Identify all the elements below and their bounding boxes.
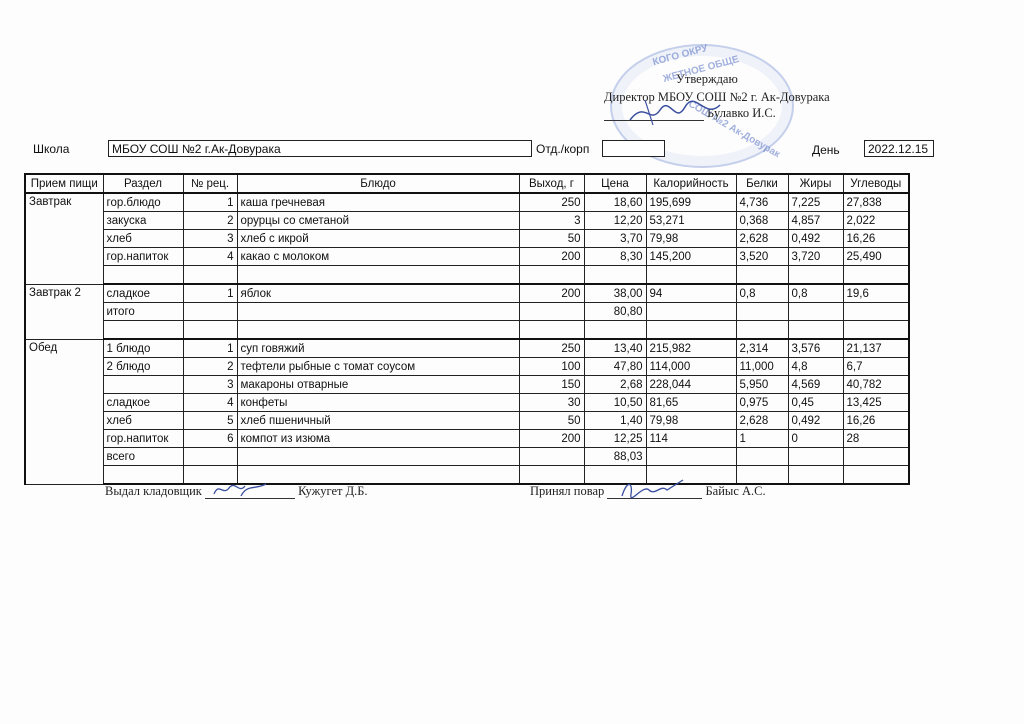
fat-cell bbox=[788, 448, 843, 466]
carbs-cell: 2,022 bbox=[843, 212, 909, 230]
price-cell: 18,60 bbox=[584, 193, 646, 212]
fat-cell: 4,857 bbox=[788, 212, 843, 230]
meal-cell: Завтрак 2 bbox=[25, 284, 103, 339]
storekeeper-signature-icon bbox=[211, 480, 271, 500]
carbs-cell bbox=[843, 303, 909, 321]
fat-cell bbox=[788, 303, 843, 321]
yield-cell bbox=[519, 321, 584, 340]
calories-cell: 53,271 bbox=[646, 212, 736, 230]
recipe-no-cell: 4 bbox=[183, 394, 237, 412]
section-cell: всего bbox=[103, 448, 183, 466]
issued-by: Выдал кладовщик Кужугет Д.Б. bbox=[105, 484, 368, 499]
price-cell: 12,20 bbox=[584, 212, 646, 230]
section-cell bbox=[103, 266, 183, 285]
calories-cell bbox=[646, 321, 736, 340]
price-cell: 1,40 bbox=[584, 412, 646, 430]
protein-cell: 2,314 bbox=[736, 339, 788, 358]
fat-cell: 7,225 bbox=[788, 193, 843, 212]
price-cell: 13,40 bbox=[584, 339, 646, 358]
recipe-no-cell: 5 bbox=[183, 412, 237, 430]
carbs-cell: 21,137 bbox=[843, 339, 909, 358]
yield-cell: 250 bbox=[519, 193, 584, 212]
recipe-no-cell bbox=[183, 321, 237, 340]
meal-cell: Завтрак bbox=[25, 193, 103, 284]
dish-cell: тефтели рыбные с томат соусом bbox=[237, 358, 519, 376]
protein-cell: 5,950 bbox=[736, 376, 788, 394]
carbs-cell bbox=[843, 266, 909, 285]
protein-cell: 1 bbox=[736, 430, 788, 448]
price-cell bbox=[584, 321, 646, 340]
dish-cell: хлеб пшеничный bbox=[237, 412, 519, 430]
yield-cell bbox=[519, 466, 584, 485]
calories-cell: 114,000 bbox=[646, 358, 736, 376]
protein-cell: 0,8 bbox=[736, 284, 788, 303]
table-row: закуска2орурцы со сметаной312,2053,2710,… bbox=[25, 212, 909, 230]
recipe-no-cell: 1 bbox=[183, 193, 237, 212]
protein-cell: 11,000 bbox=[736, 358, 788, 376]
fat-cell: 0,492 bbox=[788, 412, 843, 430]
table-row: итого80,80 bbox=[25, 303, 909, 321]
carbs-cell bbox=[843, 321, 909, 340]
fat-cell bbox=[788, 321, 843, 340]
issued-name: Кужугет Д.Б. bbox=[298, 484, 367, 498]
yield-cell: 250 bbox=[519, 339, 584, 358]
fat-cell: 4,569 bbox=[788, 376, 843, 394]
yield-cell: 50 bbox=[519, 412, 584, 430]
price-cell: 10,50 bbox=[584, 394, 646, 412]
dish-cell: орурцы со сметаной bbox=[237, 212, 519, 230]
price-cell: 88,03 bbox=[584, 448, 646, 466]
section-cell: 1 блюдо bbox=[103, 339, 183, 358]
calories-cell: 94 bbox=[646, 284, 736, 303]
protein-cell: 3,520 bbox=[736, 248, 788, 266]
yield-cell: 200 bbox=[519, 430, 584, 448]
fat-cell: 4,8 bbox=[788, 358, 843, 376]
dept-field[interactable] bbox=[602, 140, 665, 157]
recipe-no-cell: 1 bbox=[183, 284, 237, 303]
yield-cell bbox=[519, 448, 584, 466]
table-row bbox=[25, 466, 909, 485]
price-cell: 80,80 bbox=[584, 303, 646, 321]
carbs-cell bbox=[843, 448, 909, 466]
table-row bbox=[25, 321, 909, 340]
dish-cell: конфеты bbox=[237, 394, 519, 412]
section-cell: гор.напиток bbox=[103, 248, 183, 266]
recipe-no-cell: 2 bbox=[183, 358, 237, 376]
calories-cell bbox=[646, 266, 736, 285]
section-cell: гор.блюдо bbox=[103, 193, 183, 212]
table-row: хлеб3хлеб с икрой503,7079,982,6280,49216… bbox=[25, 230, 909, 248]
section-cell: хлеб bbox=[103, 230, 183, 248]
price-cell bbox=[584, 266, 646, 285]
protein-cell: 4,736 bbox=[736, 193, 788, 212]
col-header-meal: Прием пищи bbox=[25, 174, 103, 193]
recipe-no-cell: 3 bbox=[183, 230, 237, 248]
cook-signature-icon bbox=[617, 478, 687, 500]
section-cell: закуска bbox=[103, 212, 183, 230]
fat-cell: 3,720 bbox=[788, 248, 843, 266]
section-cell: сладкое bbox=[103, 394, 183, 412]
yield-cell: 3 bbox=[519, 212, 584, 230]
calories-cell: 114 bbox=[646, 430, 736, 448]
school-field[interactable]: МБОУ СОШ №2 г.Ак-Довурака bbox=[108, 140, 532, 157]
table-row: гор.напиток6компот из изюма20012,2511410… bbox=[25, 430, 909, 448]
col-header-price: Цена bbox=[584, 174, 646, 193]
yield-cell bbox=[519, 266, 584, 285]
col-header-protein: Белки bbox=[736, 174, 788, 193]
col-header-fat: Жиры bbox=[788, 174, 843, 193]
col-header-dish: Блюдо bbox=[237, 174, 519, 193]
carbs-cell: 40,782 bbox=[843, 376, 909, 394]
yield-cell: 200 bbox=[519, 248, 584, 266]
col-header-carbs: Углеводы bbox=[843, 174, 909, 193]
calories-cell bbox=[646, 448, 736, 466]
carbs-cell: 6,7 bbox=[843, 358, 909, 376]
section-cell: гор.напиток bbox=[103, 430, 183, 448]
calories-cell: 215,982 bbox=[646, 339, 736, 358]
table-row: Завтракгор.блюдо1каша гречневая25018,601… bbox=[25, 193, 909, 212]
received-by: Принял повар Байыс А.С. bbox=[530, 484, 766, 499]
dish-cell: хлеб с икрой bbox=[237, 230, 519, 248]
section-cell: итого bbox=[103, 303, 183, 321]
carbs-cell: 27,838 bbox=[843, 193, 909, 212]
carbs-cell: 16,26 bbox=[843, 230, 909, 248]
yield-cell bbox=[519, 303, 584, 321]
protein-cell bbox=[736, 448, 788, 466]
protein-cell: 0,368 bbox=[736, 212, 788, 230]
dish-cell: макароны отварные bbox=[237, 376, 519, 394]
table-row bbox=[25, 266, 909, 285]
carbs-cell: 19,6 bbox=[843, 284, 909, 303]
recipe-no-cell: 1 bbox=[183, 339, 237, 358]
day-label: День bbox=[812, 143, 840, 157]
table-row: хлеб5хлеб пшеничный501,4079,982,6280,492… bbox=[25, 412, 909, 430]
section-cell: хлеб bbox=[103, 412, 183, 430]
section-cell: сладкое bbox=[103, 284, 183, 303]
protein-cell bbox=[736, 303, 788, 321]
carbs-cell: 16,26 bbox=[843, 412, 909, 430]
received-label: Принял повар bbox=[530, 484, 604, 498]
section-cell bbox=[103, 321, 183, 340]
carbs-cell: 13,425 bbox=[843, 394, 909, 412]
fat-cell: 0,8 bbox=[788, 284, 843, 303]
recipe-no-cell: 3 bbox=[183, 376, 237, 394]
dish-cell: суп говяжий bbox=[237, 339, 519, 358]
carbs-cell: 25,490 bbox=[843, 248, 909, 266]
fat-cell: 0,45 bbox=[788, 394, 843, 412]
fat-cell: 0,492 bbox=[788, 230, 843, 248]
section-cell bbox=[103, 466, 183, 485]
fat-cell bbox=[788, 266, 843, 285]
calories-cell: 195,699 bbox=[646, 193, 736, 212]
storekeeper-signature-line bbox=[205, 486, 295, 499]
recipe-no-cell: 2 bbox=[183, 212, 237, 230]
price-cell: 12,25 bbox=[584, 430, 646, 448]
dish-cell: какао с молоком bbox=[237, 248, 519, 266]
fat-cell: 0 bbox=[788, 430, 843, 448]
protein-cell: 2,628 bbox=[736, 412, 788, 430]
price-cell: 47,80 bbox=[584, 358, 646, 376]
section-cell bbox=[103, 376, 183, 394]
col-header-yield: Выход, г bbox=[519, 174, 584, 193]
protein-cell bbox=[736, 266, 788, 285]
director-signature-icon bbox=[625, 95, 735, 130]
approval-title: Утверждаю bbox=[676, 72, 738, 87]
dish-cell bbox=[237, 448, 519, 466]
carbs-cell: 28 bbox=[843, 430, 909, 448]
recipe-no-cell bbox=[183, 303, 237, 321]
cook-signature-line bbox=[607, 486, 702, 499]
dish-cell: яблок bbox=[237, 284, 519, 303]
dish-cell bbox=[237, 321, 519, 340]
yield-cell: 100 bbox=[519, 358, 584, 376]
protein-cell: 0,975 bbox=[736, 394, 788, 412]
table-header-row: Прием пищи Раздел № рец. Блюдо Выход, г … bbox=[25, 174, 909, 193]
table-row: 2 блюдо2тефтели рыбные с томат соусом100… bbox=[25, 358, 909, 376]
price-cell: 38,00 bbox=[584, 284, 646, 303]
dish-cell bbox=[237, 303, 519, 321]
carbs-cell bbox=[843, 466, 909, 485]
calories-cell: 81,65 bbox=[646, 394, 736, 412]
dish-cell bbox=[237, 266, 519, 285]
table-row: гор.напиток4какао с молоком2008,30145,20… bbox=[25, 248, 909, 266]
protein-cell bbox=[736, 466, 788, 485]
dish-cell: каша гречневая bbox=[237, 193, 519, 212]
meal-cell: Обед bbox=[25, 339, 103, 484]
price-cell: 2,68 bbox=[584, 376, 646, 394]
col-header-recipe-no: № рец. bbox=[183, 174, 237, 193]
yield-cell: 200 bbox=[519, 284, 584, 303]
table-row: Обед1 блюдо1суп говяжий25013,40215,9822,… bbox=[25, 339, 909, 358]
calories-cell bbox=[646, 303, 736, 321]
dept-label: Отд./корп bbox=[536, 142, 589, 156]
calories-cell: 79,98 bbox=[646, 230, 736, 248]
fat-cell bbox=[788, 466, 843, 485]
recipe-no-cell: 4 bbox=[183, 248, 237, 266]
yield-cell: 30 bbox=[519, 394, 584, 412]
table-row: 3макароны отварные1502,68228,0445,9504,5… bbox=[25, 376, 909, 394]
menu-table: Прием пищи Раздел № рец. Блюдо Выход, г … bbox=[24, 173, 910, 485]
school-label: Школа bbox=[33, 142, 69, 156]
yield-cell: 50 bbox=[519, 230, 584, 248]
protein-cell: 2,628 bbox=[736, 230, 788, 248]
protein-cell bbox=[736, 321, 788, 340]
issued-label: Выдал кладовщик bbox=[105, 484, 202, 498]
col-header-section: Раздел bbox=[103, 174, 183, 193]
dish-cell: компот из изюма bbox=[237, 430, 519, 448]
calories-cell: 228,044 bbox=[646, 376, 736, 394]
section-cell: 2 блюдо bbox=[103, 358, 183, 376]
day-field[interactable]: 2022.12.15 bbox=[864, 140, 934, 157]
fat-cell: 3,576 bbox=[788, 339, 843, 358]
recipe-no-cell: 6 bbox=[183, 430, 237, 448]
table-row: Завтрак 2сладкое1яблок20038,00940,80,819… bbox=[25, 284, 909, 303]
recipe-no-cell bbox=[183, 448, 237, 466]
table-row: сладкое4конфеты3010,5081,650,9750,4513,4… bbox=[25, 394, 909, 412]
recipe-no-cell bbox=[183, 266, 237, 285]
calories-cell: 145,200 bbox=[646, 248, 736, 266]
yield-cell: 150 bbox=[519, 376, 584, 394]
received-name: Байыс А.С. bbox=[706, 484, 766, 498]
price-cell: 3,70 bbox=[584, 230, 646, 248]
col-header-calories: Калорийность bbox=[646, 174, 736, 193]
price-cell: 8,30 bbox=[584, 248, 646, 266]
dish-cell bbox=[237, 466, 519, 485]
table-row: всего88,03 bbox=[25, 448, 909, 466]
calories-cell: 79,98 bbox=[646, 412, 736, 430]
